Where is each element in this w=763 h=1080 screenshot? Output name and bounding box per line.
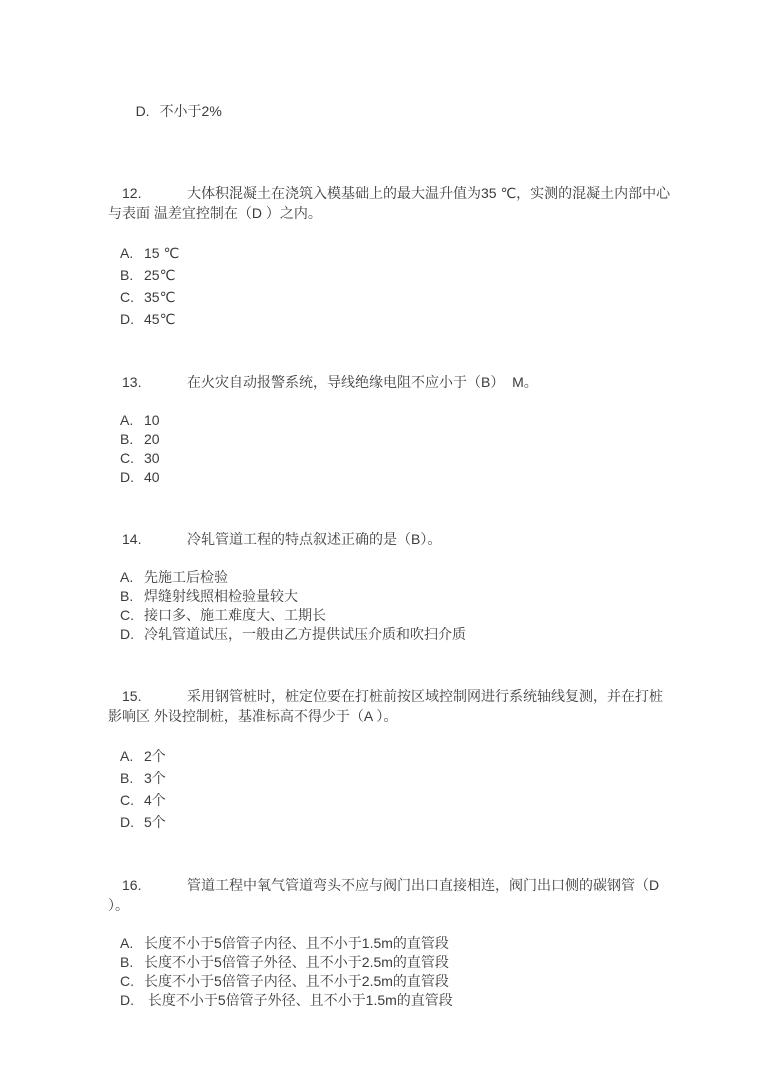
option-row-c: C.接口多、施工难度大、工期长 bbox=[120, 606, 713, 625]
option-letter: C. bbox=[120, 972, 144, 991]
option-letter: B. bbox=[120, 430, 144, 449]
option-text: 25℃ bbox=[144, 267, 175, 283]
option-text: 15 ℃ bbox=[144, 245, 179, 261]
question-13: 13.在火灾自动报警系统，导线绝缘电阻不应小于（B） M。 A.10 B.20 … bbox=[108, 372, 713, 487]
option-row-d: D.40 bbox=[120, 468, 713, 487]
option-letter: D. bbox=[120, 308, 144, 330]
option-letter: A. bbox=[120, 411, 144, 430]
option-row-b: B.25℃ bbox=[120, 264, 713, 286]
option-row-d: D.5个 bbox=[120, 811, 713, 833]
option-letter: A. bbox=[120, 934, 144, 953]
question-stem: 16.管道工程中氧气管道弯头不应与阀门出口直接相连，阀门出口侧的碳钢管（D ）。 bbox=[108, 875, 713, 915]
option-text: 焊缝射线照相检验量较大 bbox=[144, 588, 298, 604]
question-stem: 15.采用钢管桩时，桩定位要在打桩前按区域控制网进行系统轴线复测，并在打桩 影响… bbox=[108, 686, 713, 726]
option-text: 长度不小于5倍管子外径、且不小于2.5m的直管段 bbox=[144, 954, 449, 970]
option-row-d: D. 长度不小于5倍管子外径、且不小于1.5m的直管段 bbox=[120, 991, 713, 1010]
option-row-b: B.长度不小于5倍管子外径、且不小于2.5m的直管段 bbox=[120, 953, 713, 972]
option-text: 冷轧管道试压，一般由乙方提供试压介质和吹扫介质 bbox=[144, 626, 466, 642]
question-16: 16.管道工程中氧气管道弯头不应与阀门出口直接相连，阀门出口侧的碳钢管（D ）。… bbox=[108, 875, 713, 1010]
question-number: 14. bbox=[122, 529, 187, 549]
option-letter: A. bbox=[120, 745, 144, 767]
question-number: 12. bbox=[122, 183, 187, 203]
option-text: 长度不小于5倍管子内径、且不小于1.5m的直管段 bbox=[144, 935, 449, 951]
stem-line-1: 大体积混凝土在浇筑入模基础上的最大温升值为35 ℃，实测的混凝土内部中心 bbox=[187, 185, 670, 201]
options-list: A.2个 B.3个 C.4个 D.5个 bbox=[108, 745, 713, 833]
document-page: D.不小于2% 12.大体积混凝土在浇筑入模基础上的最大温升值为35 ℃，实测的… bbox=[0, 0, 763, 1080]
stem-line-1: 冷轧管道工程的特点叙述正确的是（B）。 bbox=[187, 531, 441, 547]
stem-line-2: 与表面 温差宜控制在（D ）之内。 bbox=[108, 203, 713, 223]
option-letter: C. bbox=[120, 449, 144, 468]
option-row-b: B.焊缝射线照相检验量较大 bbox=[120, 587, 713, 606]
question-12: 12.大体积混凝土在浇筑入模基础上的最大温升值为35 ℃，实测的混凝土内部中心 … bbox=[108, 183, 713, 330]
stem-line-1: 在火灾自动报警系统，导线绝缘电阻不应小于（B） M。 bbox=[187, 374, 538, 390]
question-number: 13. bbox=[122, 372, 187, 392]
question-number: 16. bbox=[122, 875, 187, 895]
question-number: 15. bbox=[122, 686, 187, 706]
option-text: 2个 bbox=[144, 748, 166, 764]
option-row-b: B.20 bbox=[120, 430, 713, 449]
option-letter: C. bbox=[120, 286, 144, 308]
option-text: 35℃ bbox=[144, 289, 175, 305]
option-text: 30 bbox=[144, 450, 160, 466]
option-letter: A. bbox=[120, 242, 144, 264]
option-row-d: D.45℃ bbox=[120, 308, 713, 330]
stem-line-2: 影响区 外设控制桩，基准标高不得少于（A ）。 bbox=[108, 706, 713, 726]
orphan-option-row: D.不小于2% bbox=[120, 81, 713, 141]
option-row-a: A.先施工后检验 bbox=[120, 568, 713, 587]
option-text: 5个 bbox=[144, 814, 166, 830]
option-row-c: C.30 bbox=[120, 449, 713, 468]
option-row-a: A.10 bbox=[120, 411, 713, 430]
option-row-a: A.长度不小于5倍管子内径、且不小于1.5m的直管段 bbox=[120, 934, 713, 953]
options-list: A.先施工后检验 B.焊缝射线照相检验量较大 C.接口多、施工难度大、工期长 D… bbox=[108, 568, 713, 644]
question-15: 15.采用钢管桩时，桩定位要在打桩前按区域控制网进行系统轴线复测，并在打桩 影响… bbox=[108, 686, 713, 833]
question-14: 14.冷轧管道工程的特点叙述正确的是（B）。 A.先施工后检验 B.焊缝射线照相… bbox=[108, 529, 713, 644]
option-text: 40 bbox=[144, 469, 160, 485]
option-letter: D. bbox=[120, 991, 144, 1010]
option-letter: D. bbox=[136, 101, 160, 121]
option-text: 接口多、施工难度大、工期长 bbox=[144, 607, 326, 623]
option-text: 3个 bbox=[144, 770, 166, 786]
option-letter: B. bbox=[120, 264, 144, 286]
option-row-b: B.3个 bbox=[120, 767, 713, 789]
option-text: 不小于2% bbox=[160, 103, 222, 119]
option-row-c: C.35℃ bbox=[120, 286, 713, 308]
option-text: 20 bbox=[144, 431, 160, 447]
option-letter: B. bbox=[120, 953, 144, 972]
option-text: 10 bbox=[144, 412, 160, 428]
question-stem: 13.在火灾自动报警系统，导线绝缘电阻不应小于（B） M。 bbox=[108, 372, 713, 392]
question-stem: 14.冷轧管道工程的特点叙述正确的是（B）。 bbox=[108, 529, 713, 549]
option-row-a: A.15 ℃ bbox=[120, 242, 713, 264]
option-row-c: C.长度不小于5倍管子内径、且不小于2.5m的直管段 bbox=[120, 972, 713, 991]
option-text: 长度不小于5倍管子内径、且不小于2.5m的直管段 bbox=[144, 973, 449, 989]
option-row-d: D.冷轧管道试压，一般由乙方提供试压介质和吹扫介质 bbox=[120, 625, 713, 644]
stem-line-2: ）。 bbox=[108, 895, 713, 915]
option-letter: C. bbox=[120, 789, 144, 811]
option-letter: D. bbox=[120, 811, 144, 833]
option-row-c: C.4个 bbox=[120, 789, 713, 811]
stem-line-1: 管道工程中氧气管道弯头不应与阀门出口直接相连，阀门出口侧的碳钢管（D bbox=[187, 877, 659, 893]
question-stem: 12.大体积混凝土在浇筑入模基础上的最大温升值为35 ℃，实测的混凝土内部中心 … bbox=[108, 183, 713, 223]
options-list: A.10 B.20 C.30 D.40 bbox=[108, 411, 713, 487]
options-list: A.长度不小于5倍管子内径、且不小于1.5m的直管段 B.长度不小于5倍管子外径… bbox=[108, 934, 713, 1010]
options-list: A.15 ℃ B.25℃ C.35℃ D.45℃ bbox=[108, 242, 713, 330]
option-letter: A. bbox=[120, 568, 144, 587]
option-letter: B. bbox=[120, 767, 144, 789]
option-letter: B. bbox=[120, 587, 144, 606]
option-text: 4个 bbox=[144, 792, 166, 808]
option-letter: D. bbox=[120, 468, 144, 487]
option-text: 45℃ bbox=[144, 311, 175, 327]
option-text: 先施工后检验 bbox=[144, 569, 228, 585]
stem-line-1: 采用钢管桩时，桩定位要在打桩前按区域控制网进行系统轴线复测，并在打桩 bbox=[187, 688, 663, 704]
option-letter: C. bbox=[120, 606, 144, 625]
option-row-a: A.2个 bbox=[120, 745, 713, 767]
option-letter: D. bbox=[120, 625, 144, 644]
option-text: 长度不小于5倍管子外径、且不小于1.5m的直管段 bbox=[144, 992, 453, 1008]
